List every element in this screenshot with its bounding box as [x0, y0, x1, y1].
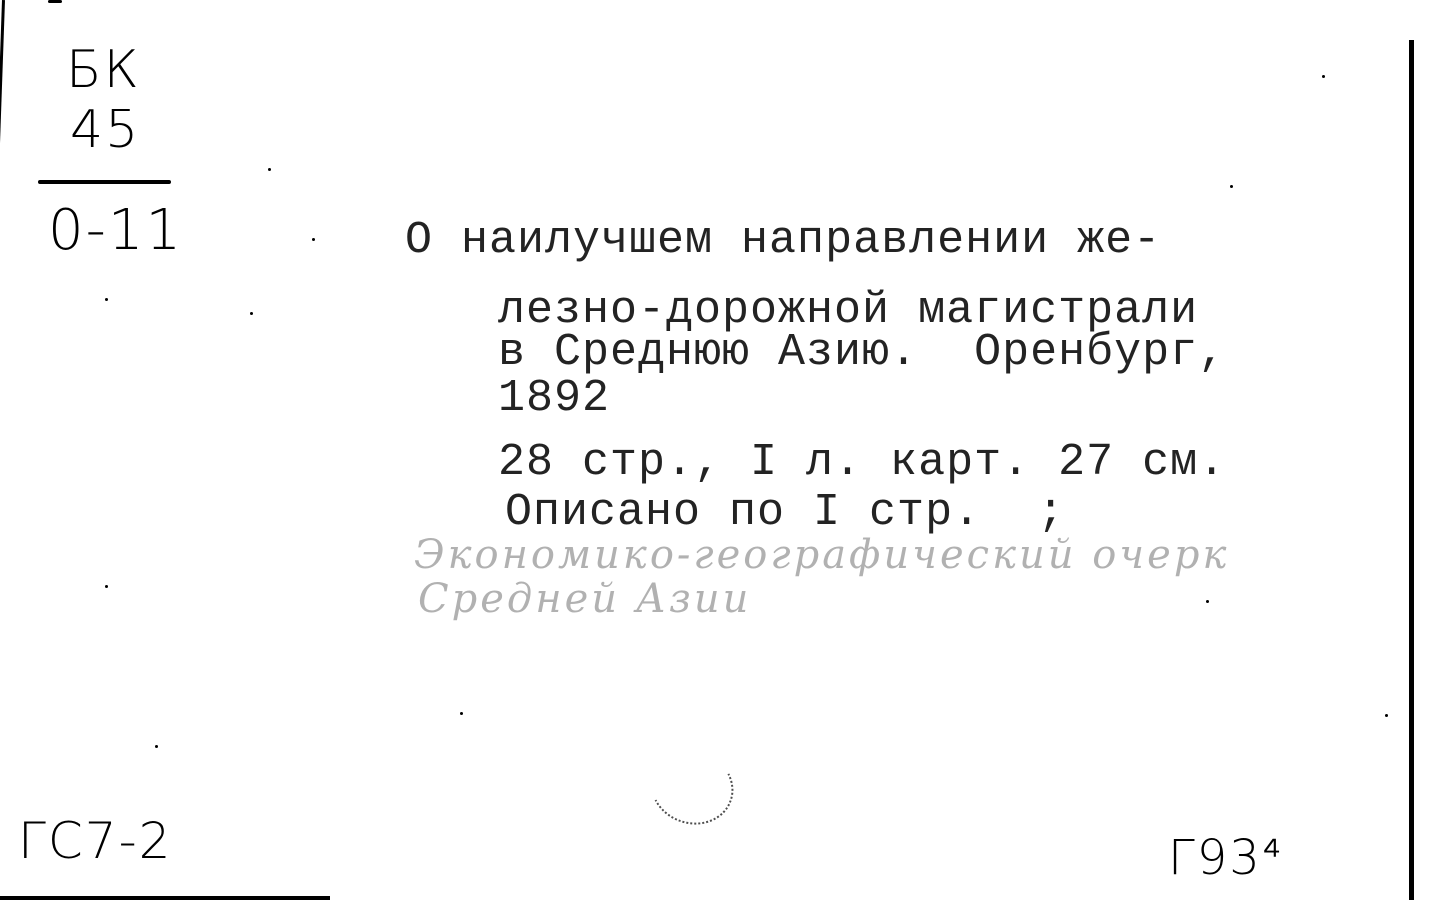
speckle [268, 168, 271, 171]
card-right-edge [1409, 40, 1414, 900]
catalog-card: БК 45 0-11 О наилучшем направлении же- л… [0, 0, 1432, 900]
shelf-mark-line-2: 45 [70, 100, 140, 160]
shelf-mark-divider [38, 180, 171, 184]
handwritten-note-line-2: Средней Азии [418, 576, 751, 622]
entry-title-line-3: в Среднюю Азию. Оренбург, [498, 330, 1226, 375]
entry-collation: 28 стр., I л. карт. 27 см. [498, 440, 1226, 485]
card-top-mark [48, 0, 62, 3]
card-left-edge [0, 0, 5, 250]
speckle [155, 745, 158, 748]
speckle [1385, 714, 1388, 717]
bottom-left-code: ГС7-2 [18, 812, 172, 870]
speckle [1206, 600, 1209, 603]
entry-year: 1892 [498, 376, 610, 421]
speckle [460, 712, 463, 715]
shelf-mark-line-1: БК [66, 40, 141, 100]
faded-stamp [640, 738, 744, 836]
entry-title-line-1: О наилучшем направлении же- [405, 218, 1161, 263]
entry-description-note: Описано по I стр. ; [505, 490, 1065, 535]
speckle [250, 312, 253, 315]
speckle [1322, 75, 1325, 78]
speckle [312, 238, 315, 241]
handwritten-note-line-1: Экономико-географический очерк [414, 532, 1229, 578]
card-bottom-edge [0, 896, 330, 900]
speckle [105, 298, 108, 301]
speckle [105, 585, 108, 588]
bottom-right-code: Г93⁴ [1168, 830, 1283, 886]
shelf-mark-line-3: 0-11 [48, 198, 183, 263]
speckle [1230, 185, 1233, 188]
